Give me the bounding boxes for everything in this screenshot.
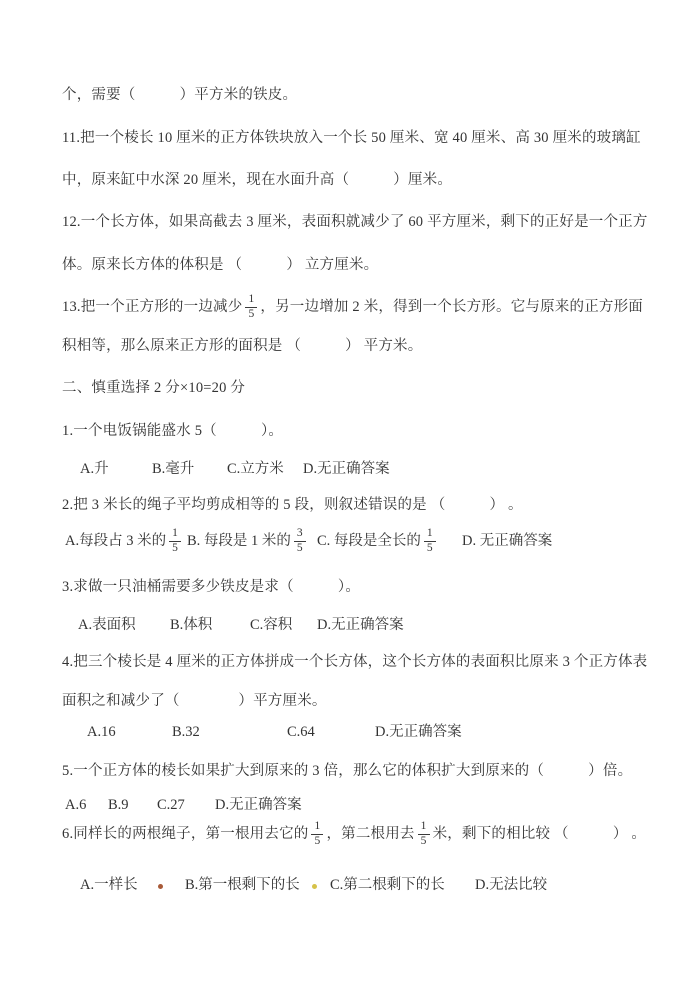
fraction-one-fifth: 1 5: [418, 820, 430, 847]
q13-line2: 积相等，那么原来正方形的面积是 （ ） 平方米。: [62, 337, 645, 355]
q6-text-post: 米，剩下的相比较 （ ） 。: [433, 825, 646, 843]
choice-q4-line2: 面积之和减少了（ ）平方厘米。: [62, 692, 645, 710]
option-a-text: A.每段占 3 米的: [65, 532, 166, 550]
option-b: B. 每段是 1 米的 3 5: [187, 518, 309, 564]
q12-line2: 体。原来长方体的体积是 （ ） 立方厘米。: [62, 256, 645, 274]
fraction-one-fifth: 1 5: [311, 820, 323, 847]
choice-q4-line1: 4.把三个棱长是 4 厘米的正方体拼成一个长方体，这个长方体的表面积比原来 3 …: [62, 653, 645, 671]
option-b: B.第一根剩下的长: [185, 876, 300, 894]
option-d-text: D. 无正确答案: [462, 532, 552, 550]
q11-line1: 11.把一个棱长 10 厘米的正方体铁块放入一个长 50 厘米、宽 40 厘米、…: [62, 129, 645, 147]
option-b: B.体积: [170, 616, 212, 634]
option-d: D.无正确答案: [303, 460, 390, 478]
option-b-text: B. 每段是 1 米的: [187, 532, 291, 550]
fraction-denominator: 5: [311, 834, 323, 848]
q6-text-mid: ，第二根用去: [326, 825, 414, 843]
section2-title: 二、慎重选择 2 分×10=20 分: [62, 379, 645, 397]
q10-continuation-text: 个，需要（ ）平方米的铁皮。: [62, 86, 645, 104]
fraction-denominator: 5: [418, 834, 430, 848]
q11-line2: 中，原来缸中水深 20 厘米，现在水面升高（ ）厘米。: [62, 171, 645, 189]
q13-text-post: ，另一边增加 2 米，得到一个长方形。它与原来的正方形面: [260, 298, 643, 316]
option-a: A.16: [87, 723, 116, 741]
fraction-denominator: 5: [424, 541, 436, 555]
option-d: D.无法比较: [475, 876, 547, 894]
exam-page: 个，需要（ ）平方米的铁皮。 11.把一个棱长 10 厘米的正方体铁块放入一个长…: [0, 0, 695, 982]
fraction-numerator: 3: [294, 527, 306, 540]
fraction-numerator: 1: [245, 293, 257, 306]
q6-text-pre: 6.同样长的两根绳子，第一根用去它的: [62, 825, 308, 843]
choice-q1-text: 1.一个电饭锅能盛水 5（ ）。: [62, 422, 645, 440]
fraction-denominator: 5: [294, 541, 306, 555]
choice-q5-text: 5.一个正方体的棱长如果扩大到原来的 3 倍，那么它的体积扩大到原来的（ ）倍。: [62, 762, 645, 780]
fraction-numerator: 1: [169, 527, 181, 540]
option-d: D.无正确答案: [317, 616, 404, 634]
fraction-one-fifth: 1 5: [169, 527, 181, 554]
fraction-one-fifth: 1 5: [424, 527, 436, 554]
option-d: D. 无正确答案: [462, 518, 552, 564]
fraction-one-fifth: 1 5: [245, 293, 257, 320]
fraction-three-fifths: 3 5: [294, 527, 306, 554]
choice-q6-text: 6.同样长的两根绳子，第一根用去它的 1 5 ，第二根用去 1 5 米，剩下的相…: [62, 811, 645, 857]
option-c: C. 每段是全长的 1 5: [317, 518, 439, 564]
option-c: C.容积: [250, 616, 292, 634]
option-a: A.每段占 3 米的 1 5: [65, 518, 184, 564]
option-d: D.无正确答案: [375, 723, 462, 741]
option-c: C.立方米: [227, 460, 284, 478]
option-c: C.64: [287, 723, 315, 741]
fraction-numerator: 1: [424, 527, 436, 540]
option-a: A.升: [80, 460, 109, 478]
q13-text-pre: 13.把一个正方形的一边减少: [62, 298, 242, 316]
option-c-text: C. 每段是全长的: [317, 532, 421, 550]
fraction-denominator: 5: [245, 307, 257, 321]
stray-ink-dot: [158, 884, 163, 889]
choice-q2-options: A.每段占 3 米的 1 5 B. 每段是 1 米的 3 5 C. 每段是全长的…: [62, 518, 675, 564]
option-c: C.第二根剩下的长: [330, 876, 445, 894]
option-b: B.毫升: [152, 460, 194, 478]
q12-line1: 12.一个长方体，如果高截去 3 厘米，表面积就减少了 60 平方厘米，剩下的正…: [62, 213, 645, 231]
option-a: A.表面积: [78, 616, 136, 634]
fraction-denominator: 5: [169, 541, 181, 555]
stray-ink-dot: [312, 884, 317, 889]
option-a: A.一样长: [80, 876, 138, 894]
choice-q2-text: 2.把 3 米长的绳子平均剪成相等的 5 段，则叙述错误的是 （ ） 。: [62, 496, 645, 514]
choice-q3-text: 3.求做一只油桶需要多少铁皮是求（ ）。: [62, 578, 645, 596]
fraction-numerator: 1: [418, 820, 430, 833]
q13-line1: 13.把一个正方形的一边减少 1 5 ，另一边增加 2 米，得到一个长方形。它与…: [62, 284, 645, 330]
option-b: B.32: [172, 723, 200, 741]
fraction-numerator: 1: [311, 820, 323, 833]
